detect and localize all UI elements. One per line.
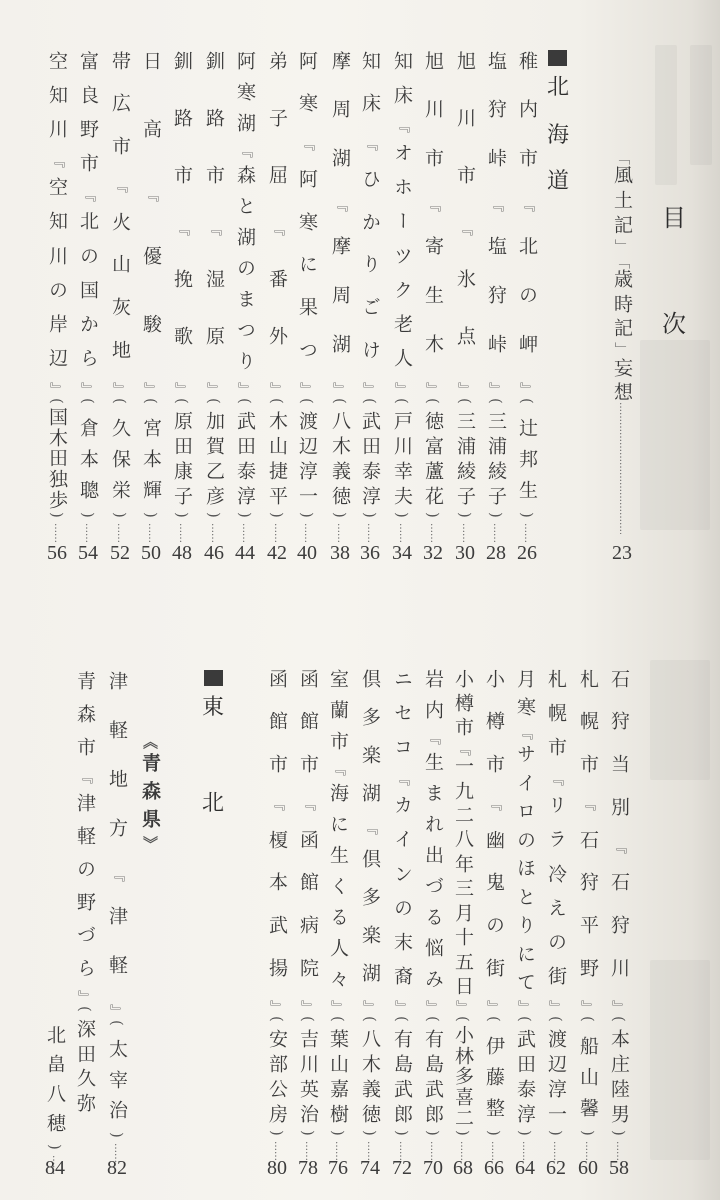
toc-entry[interactable]: 富良野市『北の国から』(倉本聰)…… [75, 50, 101, 546]
toc-entry-intro[interactable]: 「風土記」「歳時記」妄想 ………………………………………… [609, 150, 635, 534]
entry-author: (小林多喜二) [450, 1014, 476, 1138]
page-number: 80 [260, 1157, 294, 1180]
page-number: 23 [605, 542, 639, 565]
entry-author-cont: 北畠八穂) [42, 1024, 68, 1152]
entry-title: 函館市『榎本武揚』 [264, 668, 290, 1010]
page-number: 84 [38, 1157, 72, 1180]
page-number: 68 [446, 1157, 480, 1180]
entry-title: 釧路市『湿原』 [201, 50, 227, 392]
toc-entry[interactable]: 阿寒湖『森と湖のまつり』(武田泰淳)…… [232, 50, 258, 546]
toc-entry[interactable]: 弟子屈『番外』(木山捷平)…… [264, 50, 290, 546]
toc-entry[interactable]: 空知川『空知川の岸辺』(国木田独歩)…… [44, 50, 70, 546]
heading-char: 道 [547, 164, 569, 195]
entry-title: 津軽地方『津軽』 [104, 670, 130, 1014]
page-number: 66 [477, 1157, 511, 1180]
entry-title: 小樽市『幽鬼の街』 [481, 668, 507, 1010]
entry-title: 釧路市『挽歌』 [169, 50, 195, 392]
toc-entry[interactable]: 月寒『サイロのほとりにて』(武田泰淳)…… [512, 668, 538, 1164]
page-number: 28 [479, 542, 513, 565]
entry-title: 旭川市『寄生木』 [420, 50, 446, 392]
toc-entry[interactable]: 室蘭市『海に生くる人々』(葉山嘉樹)…… [325, 668, 351, 1164]
entry-author: (安部公房) [264, 1014, 290, 1138]
page-number: 62 [539, 1157, 573, 1180]
entry-author: (三浦綾子) [483, 396, 509, 520]
toc-entry[interactable]: 知床『ひかりごけ』(武田泰淳)…… [357, 50, 383, 546]
entry-title: 阿寒『阿寒に果つ』 [294, 50, 320, 392]
toc-entry[interactable]: 旭川市『氷点』(三浦綾子)…… [452, 50, 478, 546]
entry-author: (本庄陸男) [606, 1014, 632, 1138]
heading-char: 東 [202, 690, 224, 721]
toc-entry-continuation[interactable]: 北畠八穂) …… [42, 1024, 68, 1178]
entry-title: 札幌市『石狩平野』 [575, 668, 601, 1010]
page-number: 64 [508, 1157, 542, 1180]
entry-author: (深田久弥 [72, 1004, 98, 1112]
entry-title: 旭川市『氷点』 [452, 50, 478, 392]
toc-entry[interactable]: 函館市『榎本武揚』(安部公房)…… [264, 668, 290, 1164]
prefecture-label-aomori: 《青森県》 [137, 734, 163, 846]
entry-author: (三浦綾子) [452, 396, 478, 520]
page-number: 74 [353, 1157, 387, 1180]
heading-char: 海 [547, 118, 569, 149]
toc-entry[interactable]: 阿寒『阿寒に果つ』(渡辺淳一)…… [294, 50, 320, 546]
entry-title: 富良野市『北の国から』 [75, 50, 101, 392]
entry-author: (加賀乙彦) [201, 396, 227, 520]
entry-author: (渡辺淳一) [294, 396, 320, 520]
entry-author: (倉本聰) [75, 396, 101, 520]
page-number: 72 [385, 1157, 419, 1180]
page-number: 48 [165, 542, 199, 565]
toc-entry[interactable]: 小樽市『一九二八年三月十五日』(小林多喜二)…… [450, 668, 476, 1164]
entry-title: 室蘭市『海に生くる人々』 [325, 668, 351, 1010]
page-number: 52 [103, 542, 137, 565]
entry-title: 青森市『津軽の野づら』 [72, 670, 98, 1000]
entry-author: (八木義徳) [327, 396, 353, 520]
entry-author: (武田泰淳) [232, 396, 258, 520]
page-number: 76 [321, 1157, 355, 1180]
toc-entry[interactable]: 津軽地方『津軽』 (太宰治) …… [104, 670, 130, 1166]
entry-author: (木山捷平) [264, 396, 290, 520]
entry-author: (久保栄) [107, 396, 133, 520]
entry-author: (葉山嘉樹) [325, 1014, 351, 1138]
toc-entry[interactable]: 旭川市『寄生木』(徳富蘆花)…… [420, 50, 446, 546]
entry-title: 札幌市『リラ冷えの街』 [543, 668, 569, 1010]
entry-title: ニセコ『カインの末裔』 [389, 668, 415, 1010]
toc-entry[interactable]: 岩内『生まれ出づる悩み』(有島武郎)…… [420, 668, 446, 1164]
toc-entry[interactable]: 石狩当別『石狩川』(本庄陸男)…… [606, 668, 632, 1164]
entry-title: 「風土記」「歳時記」妄想 [609, 150, 635, 402]
entry-title: 日高『優駿』 [138, 50, 164, 392]
toc-entry[interactable]: 稚内市『北の岬』(辻邦生)…… [514, 50, 540, 546]
heading-char: 北 [202, 786, 224, 817]
entry-author: (太宰治) [104, 1018, 130, 1140]
entry-title: 阿寒湖『森と湖のまつり』 [232, 50, 258, 392]
page-number: 32 [416, 542, 450, 565]
toc-entry[interactable]: 函館市『函館病院』(吉川英治)…… [295, 668, 321, 1164]
page-number: 82 [100, 1157, 134, 1180]
entry-author: (国木田独歩) [44, 396, 70, 520]
entry-title: 摩周湖『摩周湖』 [327, 50, 353, 392]
page-number: 60 [571, 1157, 605, 1180]
entry-title: 函館市『函館病院』 [295, 668, 321, 1010]
page-number: 42 [260, 542, 294, 565]
toc-entry[interactable]: 倶多楽湖『倶多楽湖』(八木義徳)…… [357, 668, 383, 1164]
page-number: 44 [228, 542, 262, 565]
entry-author: (八木義徳) [357, 1014, 383, 1138]
toc-entry[interactable]: 札幌市『石狩平野』(船山馨)…… [575, 668, 601, 1164]
toc-entry[interactable]: 塩狩峠『塩狩峠』(三浦綾子)…… [483, 50, 509, 546]
toc-entry[interactable]: 札幌市『リラ冷えの街』(渡辺淳一)…… [543, 668, 569, 1164]
page-number: 50 [134, 542, 168, 565]
entry-author: (伊藤整) [481, 1014, 507, 1138]
entry-title: 帯広市『火山灰地』 [107, 50, 133, 392]
entry-title: 弟子屈『番外』 [264, 50, 290, 392]
entry-title: 石狩当別『石狩川』 [606, 668, 632, 1010]
toc-entry[interactable]: 小樽市『幽鬼の街』(伊藤整)…… [481, 668, 507, 1164]
entry-author: (辻邦生) [514, 396, 540, 520]
entry-title: 塩狩峠『塩狩峠』 [483, 50, 509, 392]
page-number: 30 [448, 542, 482, 565]
entry-author: (武田泰淳) [512, 1014, 538, 1138]
page-title-char: 目 [662, 198, 686, 233]
entry-title: 空知川『空知川の岸辺』 [44, 50, 70, 392]
entry-title: 倶多楽湖『倶多楽湖』 [357, 668, 383, 1010]
heading-char: 北 [547, 70, 569, 101]
page-number: 36 [353, 542, 387, 565]
page-number: 34 [385, 542, 419, 565]
entry-author: (武田泰淳) [357, 396, 383, 520]
toc-entry[interactable]: 摩周湖『摩周湖』(八木義徳)…… [327, 50, 353, 546]
page-number: 54 [71, 542, 105, 565]
page-number: 38 [323, 542, 357, 565]
page-number: 58 [602, 1157, 636, 1180]
entry-title: 小樽市『一九二八年三月十五日』 [450, 668, 476, 1010]
page-number: 70 [416, 1157, 450, 1180]
entry-author: (船山馨) [575, 1014, 601, 1138]
entry-author: (戸川幸夫) [389, 396, 415, 520]
toc-entry[interactable]: 知床『オホーツク老人』(戸川幸夫)…… [389, 50, 415, 546]
toc-entry[interactable]: 青森市『津軽の野づら』 (深田久弥 [72, 670, 98, 1112]
page-number: 26 [510, 542, 544, 565]
square-bullet-icon [204, 670, 223, 686]
entry-title: 稚内市『北の岬』 [514, 50, 540, 392]
toc-entry[interactable]: 釧路市『挽歌』(原田康子)…… [169, 50, 195, 546]
page-number: 40 [290, 542, 324, 565]
entry-title: 知床『オホーツク老人』 [389, 50, 415, 392]
page-number: 46 [197, 542, 231, 565]
toc-entry[interactable]: 釧路市『湿原』(加賀乙彦)…… [201, 50, 227, 546]
leader-dots: ………………………………………… [617, 402, 627, 534]
entry-author: (宮本輝) [138, 396, 164, 520]
page-number: 78 [291, 1157, 325, 1180]
entry-author: (有島武郎) [389, 1014, 415, 1138]
entry-title: 月寒『サイロのほとりにて』 [512, 668, 538, 1010]
entry-author: (有島武郎) [420, 1014, 446, 1138]
square-bullet-icon [548, 50, 567, 66]
entry-author: (吉川英治) [295, 1014, 321, 1138]
entry-author: (原田康子) [169, 396, 195, 520]
toc-entry[interactable]: ニセコ『カインの末裔』(有島武郎)…… [389, 668, 415, 1164]
page-number: 56 [40, 542, 74, 565]
toc-entry[interactable]: 日高『優駿』(宮本輝)…… [138, 50, 164, 546]
toc-entry[interactable]: 帯広市『火山灰地』(久保栄)…… [107, 50, 133, 546]
entry-title: 岩内『生まれ出づる悩み』 [420, 668, 446, 1010]
entry-author: (徳富蘆花) [420, 396, 446, 520]
entry-author: (渡辺淳一) [543, 1014, 569, 1138]
page-title-char: 次 [662, 304, 686, 339]
entry-title: 知床『ひかりごけ』 [357, 50, 383, 392]
